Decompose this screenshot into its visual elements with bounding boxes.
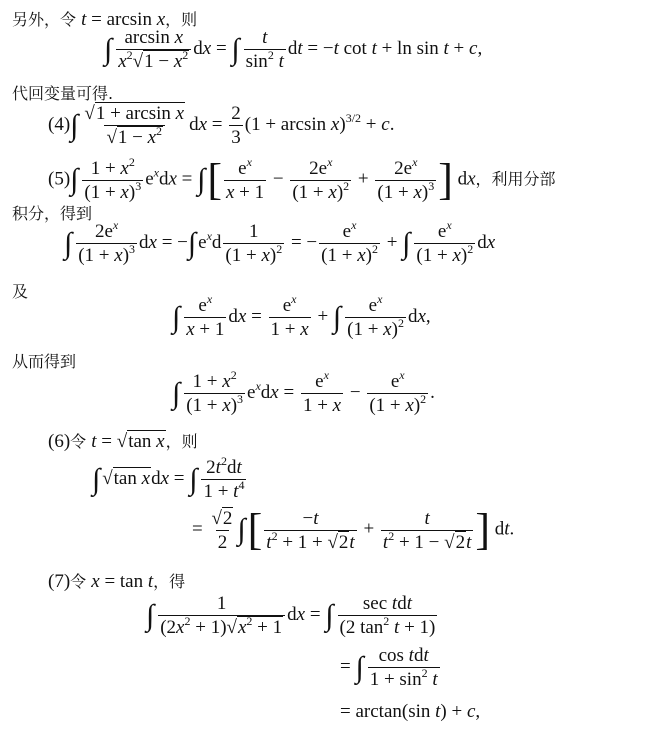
- text: ，则: [166, 432, 198, 451]
- equation-6a: ∫√tan xdx = ∫2t2dt1 + t4: [92, 458, 248, 501]
- text-back-substitute: 代回变量可得.: [12, 86, 113, 102]
- label: (4): [48, 114, 70, 135]
- text-and: 及: [12, 284, 28, 300]
- equation-7a: ∫1(2x2 + 1)√x2 + 1dx = ∫sec tdt(2 tan2 t…: [146, 594, 439, 637]
- text: 令: [70, 572, 91, 591]
- text-sub-7: (7)令 x = tan t，得: [48, 572, 185, 591]
- label: (6): [48, 431, 70, 452]
- equation-parts: ∫2ex(1 + x)3dx = −∫exd1(1 + x)2 = −ex(1 …: [64, 222, 495, 265]
- equation-7c: = arctan(sin t) + c,: [340, 702, 480, 721]
- equation-4: (4)∫√1 + arcsin x√1 − x2dx = 23(1 + arcs…: [48, 104, 394, 147]
- equation-5: (5)∫1 + x2(1 + x)3exdx = ∫[exx + 1 − 2ex…: [48, 158, 556, 202]
- text-integrate: 积分，得到: [12, 206, 92, 222]
- text: 另外，令: [12, 10, 81, 29]
- label: (5): [48, 168, 70, 189]
- text-sub-6: (6)令 t = √tan x，则: [48, 432, 198, 451]
- equation-6b: = √22∫[−tt2 + 1 + √2t + tt2 + 1 − √2t] d…: [192, 508, 514, 552]
- text: ，得: [153, 572, 185, 591]
- label: (7): [48, 571, 70, 592]
- equation-5-result: ∫1 + x2(1 + x)3exdx = ex1 + x − ex(1 + x…: [172, 372, 435, 415]
- text-thus: 从而得到: [12, 354, 76, 370]
- equation-arcsin: ∫arcsin xx2√1 − x2dx = ∫tsin2 tdt = −t c…: [104, 28, 482, 71]
- text: ，利用分部: [476, 169, 556, 188]
- equation-ex-over-x1: ∫exx + 1dx = ex1 + x + ∫ex(1 + x)2dx,: [172, 296, 431, 339]
- text: 令: [70, 432, 91, 451]
- equation-7b: = ∫cos tdt1 + sin2 t: [340, 646, 442, 689]
